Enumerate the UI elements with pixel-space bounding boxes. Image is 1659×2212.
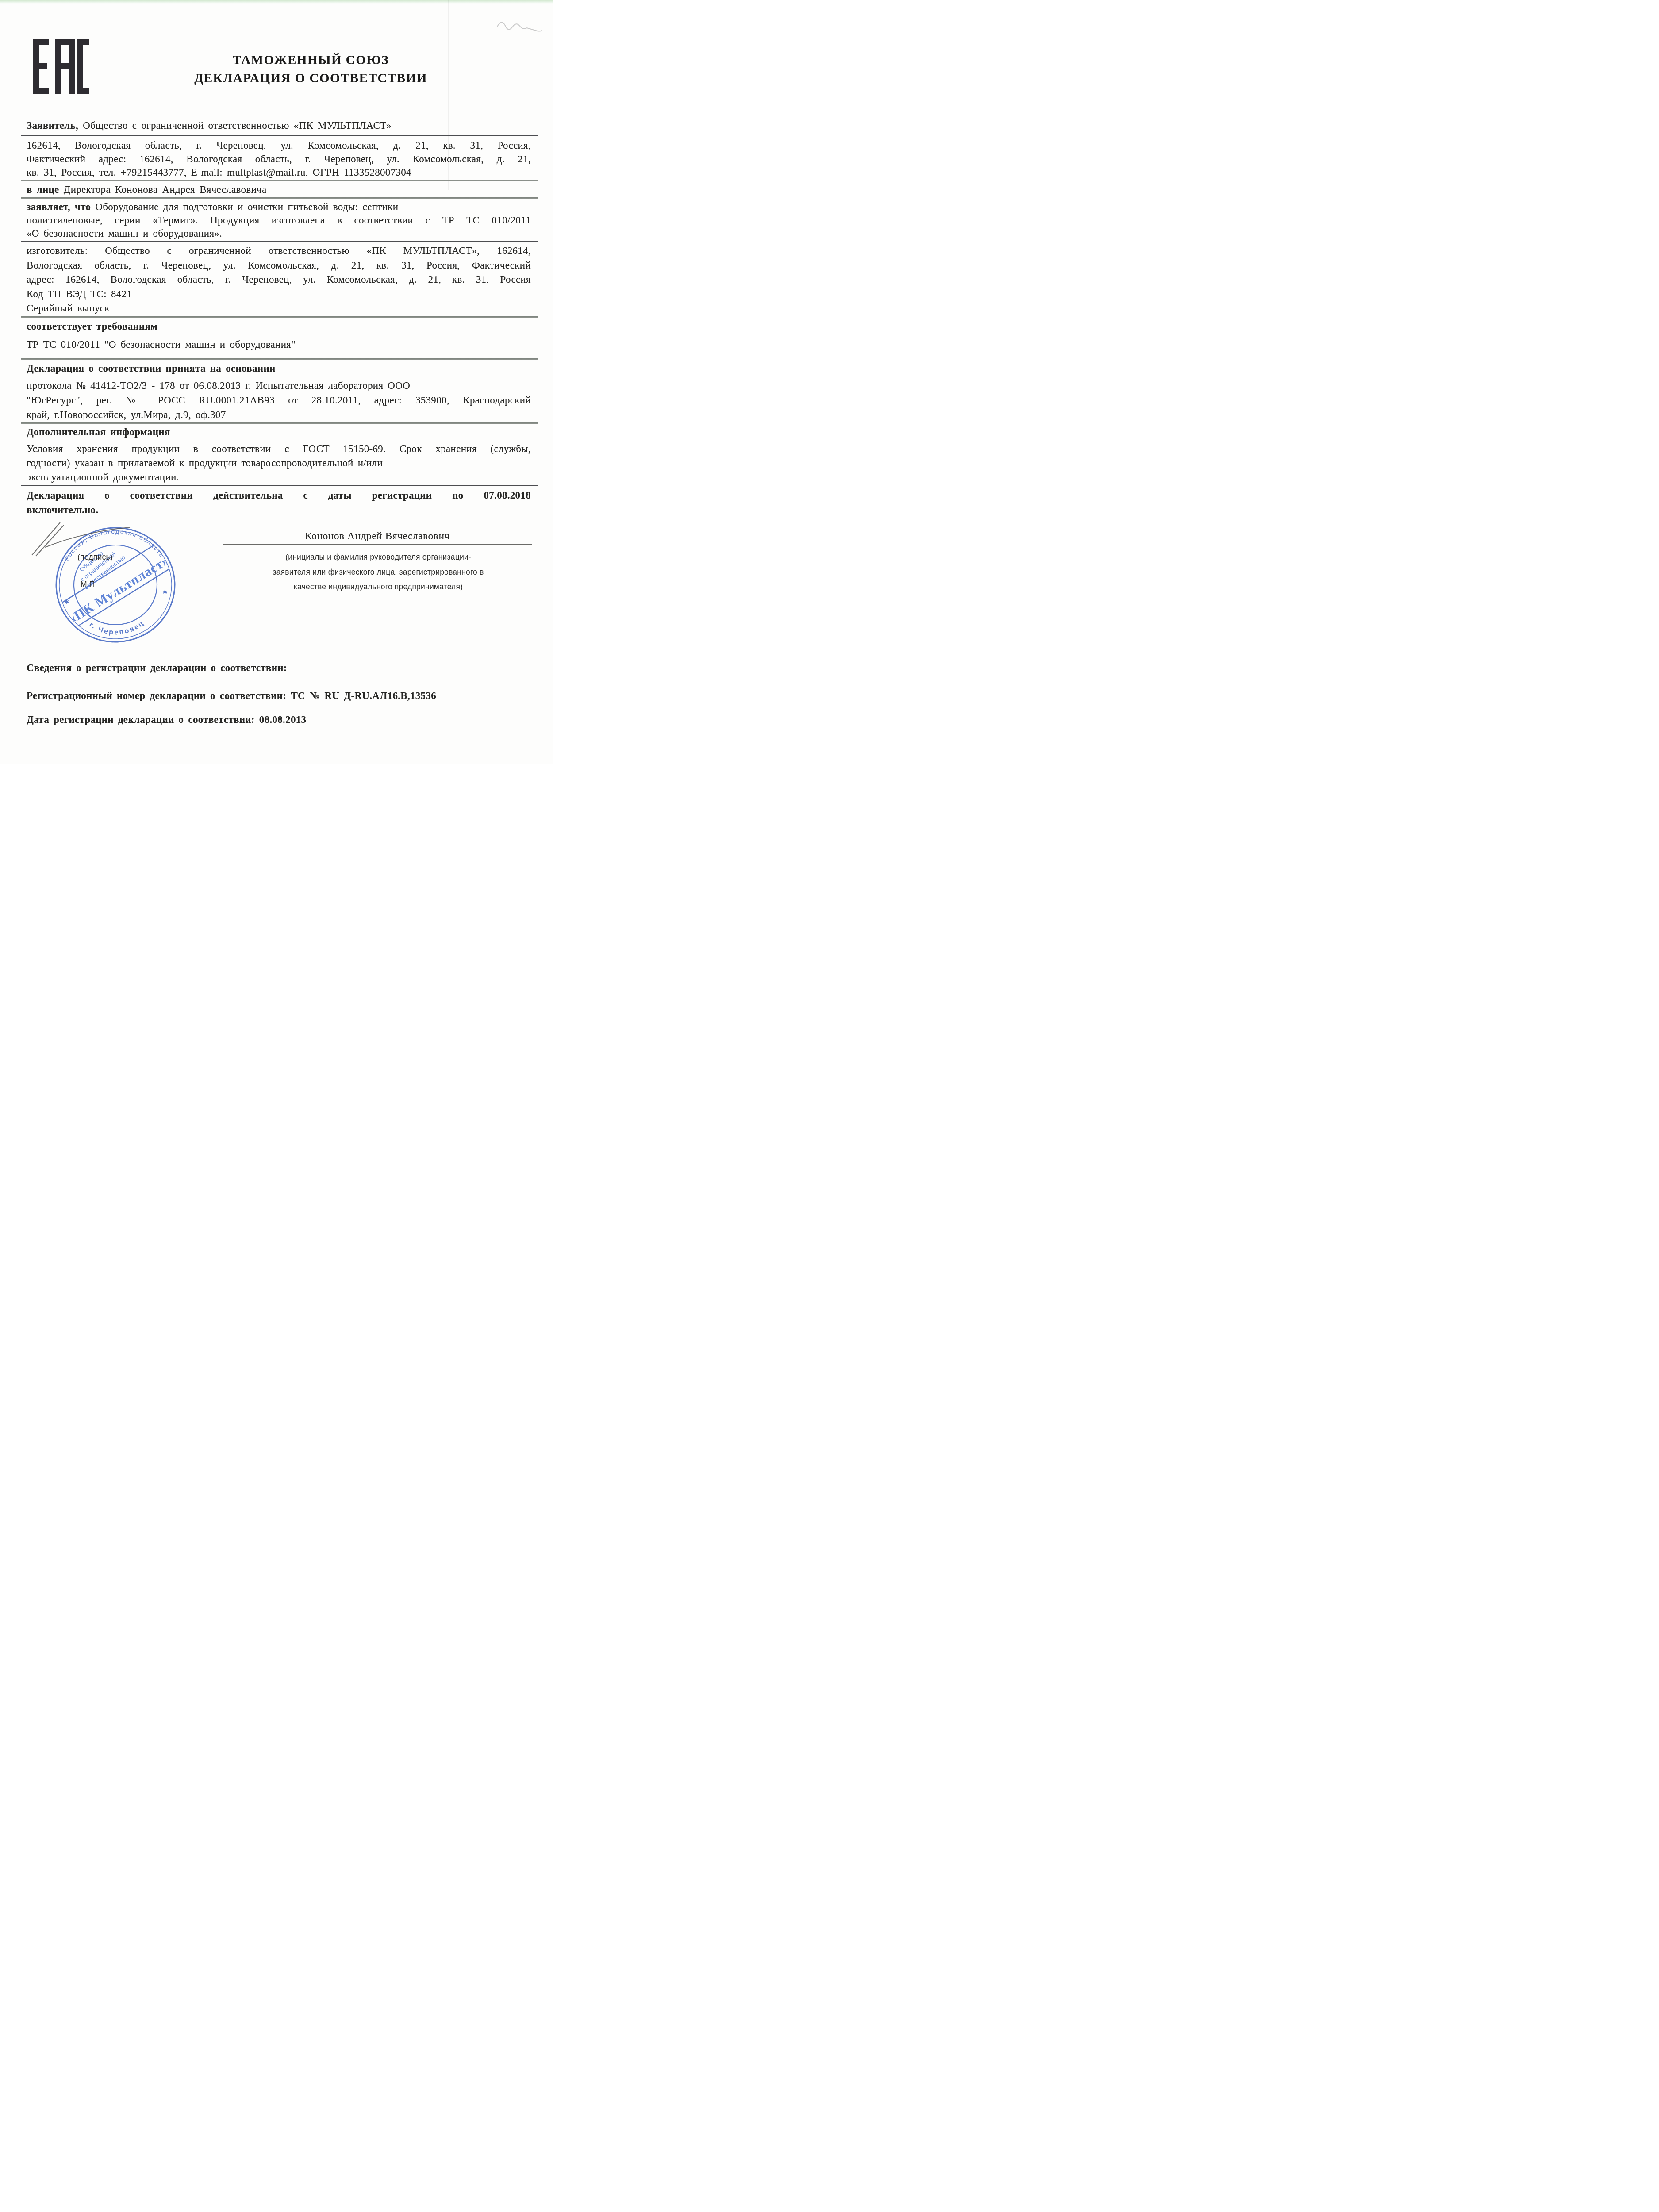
compliance-header: соответствует требованиям xyxy=(27,319,531,334)
applicant-address: 162614, Вологодская область, г. Черепове… xyxy=(27,139,531,180)
validity-line: Декларация о соответствии действительна … xyxy=(27,488,531,503)
additional-info-line: эксплуатационной документации. xyxy=(27,470,531,484)
title-line-2: ДЕКЛАРАЦИЯ О СООТВЕТСТВИИ xyxy=(80,69,542,88)
registration-number-label: Регистрационный номер декларации о соотв… xyxy=(27,690,286,701)
separator-rule xyxy=(21,197,538,199)
representative-label: в лице xyxy=(27,184,59,195)
registration-header: Сведения о регистрации декларации о соот… xyxy=(27,661,531,676)
address-line: Фактический адрес: 162614, Вологодская о… xyxy=(27,153,531,166)
address-line: 162614, Вологодская область, г. Черепове… xyxy=(27,139,531,153)
manufacturer-block: изготовитель: Общество с ограниченной от… xyxy=(27,244,531,316)
additional-info-block: Условия хранения продукции в соответстви… xyxy=(27,442,531,484)
address-line: кв. 31, Россия, тел. +79215443777, E-mai… xyxy=(27,166,531,180)
caption-line: (инициалы и фамилия руководителя организ… xyxy=(226,550,531,565)
signature-line-right xyxy=(223,544,532,545)
stamp-star-left: ✱ xyxy=(64,599,69,605)
additional-info-line: годности) указан в прилагаемой к продукц… xyxy=(27,456,531,470)
applicant-name: Общество с ограниченной ответственностью… xyxy=(83,120,392,131)
separator-rule xyxy=(21,358,538,360)
scan-edge-strip xyxy=(0,0,553,4)
registration-date-value: 08.08.2013 xyxy=(259,714,307,725)
separator-rule xyxy=(21,241,538,242)
declares-line: «О безопасности машин и оборудования». xyxy=(27,227,531,240)
basis-line: "ЮгРесурс", рег. № РОСС RU.0001.21АВ93 о… xyxy=(27,393,531,407)
handwritten-signature xyxy=(18,515,142,560)
head-full-name: Кононов Андрей Вячеславович xyxy=(223,530,532,542)
representative-row: в лице Директора Кононова Андрея Вячесла… xyxy=(27,183,531,197)
separator-rule xyxy=(21,422,538,424)
separator-rule xyxy=(21,485,538,486)
registration-number-value: ТС № RU Д-RU.АЛ16.В,13536 xyxy=(291,690,436,701)
validity-block: Декларация о соответствии действительна … xyxy=(27,488,531,517)
separator-rule xyxy=(21,180,538,181)
stamp-star-right: ✱ xyxy=(162,589,168,595)
head-name-caption: (инициалы и фамилия руководителя организ… xyxy=(226,550,531,595)
applicant-row: Заявитель, Общество с ограниченной ответ… xyxy=(27,119,531,133)
compliance-text: ТР ТС 010/2011 "О безопасности машин и о… xyxy=(27,338,531,352)
declares-line: полиэтиленовые, серии «Термит». Продукци… xyxy=(27,214,531,227)
serial-note: Серийный выпуск xyxy=(27,301,531,316)
additional-info-header: Дополнительная информация xyxy=(27,425,531,440)
caption-line: качестве индивидуального предпринимателя… xyxy=(226,580,531,595)
stamp-place-note: М.П. xyxy=(81,577,111,592)
manufacturer-line: адрес: 162614, Вологодская область, г. Ч… xyxy=(27,273,531,287)
representative-text: Директора Кононова Андрея Вячеславовича xyxy=(64,184,267,195)
manufacturer-line: Вологодская область, г. Череповец, ул. К… xyxy=(27,258,531,273)
declares-line: Оборудование для подготовки и очистки пи… xyxy=(95,201,398,212)
caption-line: заявителя или физического лица, зарегист… xyxy=(226,565,531,580)
applicant-label: Заявитель, xyxy=(27,120,78,131)
tn-ved-code: Код ТН ВЭД ТС: 8421 xyxy=(27,287,531,302)
declaration-statement: заявляет, что Оборудование для подготовк… xyxy=(27,200,531,240)
registration-date-row: Дата регистрации декларации о соответств… xyxy=(27,713,531,727)
scan-artifact-squiggle xyxy=(495,13,546,35)
basis-line: край, г.Новороссийск, ул.Мира, д.9, оф.3… xyxy=(27,407,531,422)
basis-block: протокола № 41412-ТО2/3 - 178 от 06.08.2… xyxy=(27,378,531,422)
additional-info-line: Условия хранения продукции в соответстви… xyxy=(27,442,531,456)
separator-rule xyxy=(21,316,538,318)
declares-label: заявляет, что xyxy=(27,201,91,212)
registration-number-row: Регистрационный номер декларации о соотв… xyxy=(27,689,531,703)
basis-line: протокола № 41412-ТО2/3 - 178 от 06.08.2… xyxy=(27,378,531,393)
separator-rule xyxy=(21,135,538,136)
title-line-1: ТАМОЖЕННЫЙ СОЮЗ xyxy=(80,51,542,69)
declaration-document: ТАМОЖЕННЫЙ СОЮЗ ДЕКЛАРАЦИЯ О СООТВЕТСТВИ… xyxy=(0,0,553,764)
basis-header: Декларация о соответствии принята на осн… xyxy=(27,361,531,376)
registration-date-label: Дата регистрации декларации о соответств… xyxy=(27,714,255,725)
manufacturer-line: изготовитель: Общество с ограниченной от… xyxy=(27,244,531,258)
document-title: ТАМОЖЕННЫЙ СОЮЗ ДЕКЛАРАЦИЯ О СООТВЕТСТВИ… xyxy=(80,51,542,88)
